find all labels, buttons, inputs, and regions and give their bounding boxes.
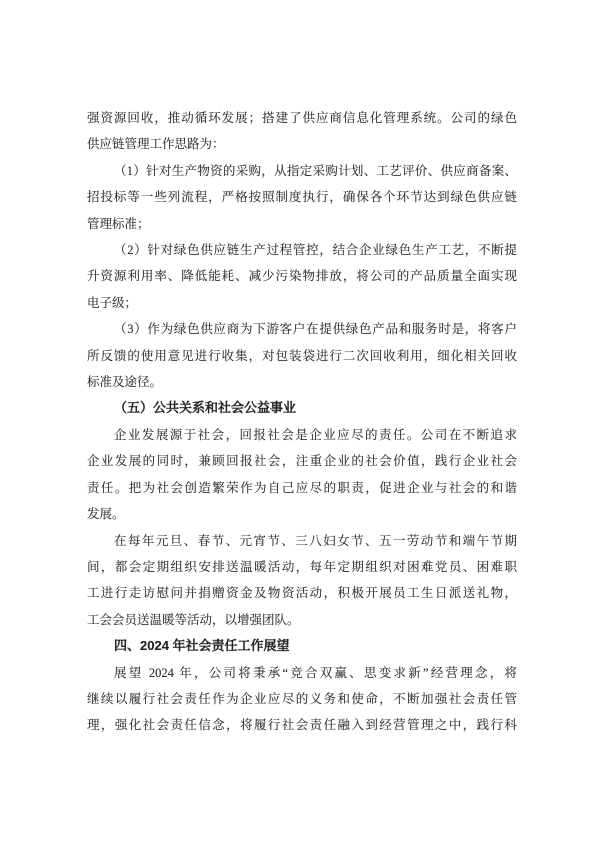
text-line: 发展。 <box>87 501 517 527</box>
text-line: 供应链管理工作思路为： <box>87 131 517 157</box>
section-heading-text: 四、2024 年社会责任工作展望 <box>87 633 517 659</box>
text-line: （3）作为绿色供应商为下游客户在提供绿色产品和服务时是，将客户 <box>87 316 517 342</box>
text-line: （2）针对绿色供应链生产过程管控，结合企业绿色生产工艺，不断提 <box>87 237 517 263</box>
text-line: 升资源利用率、降低能耗、减少污染物排放，将公司的产品质量全面实现 <box>87 263 517 289</box>
text-line: 强资源回收，推动循环发展；搭建了供应商信息化管理系统。公司的绿色 <box>87 105 517 131</box>
text-line: 间，都会定期组织安排送温暖活动，每年定期组织对困难党员、困难职 <box>87 554 517 580</box>
section-heading-4: 四、2024 年社会责任工作展望 <box>87 633 517 659</box>
text-line: 企业发展源于社会，回报社会是企业应尽的责任。公司在不断追求 <box>87 422 517 448</box>
text-line: 展望 2024 年，公司将秉承“竞合双赢、思变求新”经营理念，将 <box>87 660 517 686</box>
text-line: 企业发展的同时，兼顾回报社会，注重企业的社会价值，践行企业社会 <box>87 448 517 474</box>
text-line: 工会会员送温暖等活动，以增强团队。 <box>87 607 517 633</box>
text-line: 所反馈的使用意见进行收集，对包装袋进行二次回收利用，细化相关回收 <box>87 343 517 369</box>
text-line: 标准及途径。 <box>87 369 517 395</box>
list-item-3: （3）作为绿色供应商为下游客户在提供绿色产品和服务时是，将客户 所反馈的使用意见… <box>87 316 517 395</box>
text-line: 工进行走访慰问并捐赠资金及物资活动，积极开展员工生日派送礼物， <box>87 580 517 606</box>
text-line: 继续以履行社会责任作为企业应尽的义务和使命，不断加强社会责任管 <box>87 686 517 712</box>
section-heading-text: （五）公共关系和社会公益事业 <box>87 395 517 421</box>
list-item-1: （1）针对生产物资的采购，从指定采购计划、工艺评价、供应商备案、 招投标等一些列… <box>87 158 517 237</box>
section-heading-5: （五）公共关系和社会公益事业 <box>87 395 517 421</box>
paragraph-continued: 强资源回收，推动循环发展；搭建了供应商信息化管理系统。公司的绿色 供应链管理工作… <box>87 105 517 158</box>
text-line: 电子级； <box>87 290 517 316</box>
paragraph: 企业发展源于社会，回报社会是企业应尽的责任。公司在不断追求 企业发展的同时，兼顾… <box>87 422 517 528</box>
text-line: 管理标准； <box>87 211 517 237</box>
text-line: 理，强化社会责任信念，将履行社会责任融入到经营管理之中，践行科 <box>87 712 517 738</box>
paragraph-incomplete: 展望 2024 年，公司将秉承“竞合双赢、思变求新”经营理念，将 继续以履行社会… <box>87 660 517 739</box>
text-line: 在每年元旦、春节、元宵节、三八妇女节、五一劳动节和端午节期 <box>87 528 517 554</box>
text-line: 责任。把为社会创造繁荣作为自己应尽的职责，促进企业与社会的和谐 <box>87 475 517 501</box>
paragraph: 在每年元旦、春节、元宵节、三八妇女节、五一劳动节和端午节期 间，都会定期组织安排… <box>87 528 517 634</box>
text-line: 招投标等一些列流程，严格按照制度执行，确保各个环节达到绿色供应链 <box>87 184 517 210</box>
text-line: （1）针对生产物资的采购，从指定采购计划、工艺评价、供应商备案、 <box>87 158 517 184</box>
document-page: 强资源回收，推动循环发展；搭建了供应商信息化管理系统。公司的绿色 供应链管理工作… <box>0 0 600 848</box>
text-block: 强资源回收，推动循环发展；搭建了供应商信息化管理系统。公司的绿色 供应链管理工作… <box>87 105 517 739</box>
list-item-2: （2）针对绿色供应链生产过程管控，结合企业绿色生产工艺，不断提 升资源利用率、降… <box>87 237 517 316</box>
